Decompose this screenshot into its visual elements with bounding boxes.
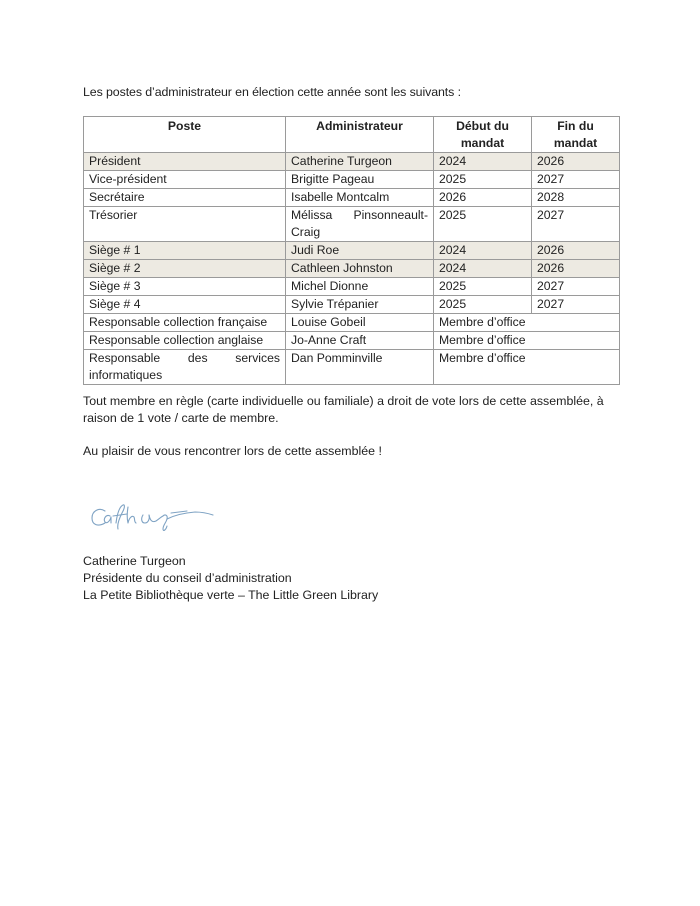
cell-administrateur: Dan Pomminville	[286, 350, 434, 385]
header-debut-line1: Début du	[456, 119, 509, 133]
header-debut-line2: mandat	[461, 136, 504, 150]
table-row: Responsable collection française Louise …	[84, 314, 620, 332]
table-row: Siège # 2 Cathleen Johnston 2024 2026	[84, 260, 620, 278]
cell-fin: 2027	[532, 296, 620, 314]
signatory-title: Présidente du conseil d’administration	[83, 570, 378, 587]
table-row: Secrétaire Isabelle Montcalm 2026 2028	[84, 189, 620, 207]
cell-administrateur: Judi Roe	[286, 242, 434, 260]
cell-poste: Siège # 2	[84, 260, 286, 278]
poste-word: services	[235, 350, 280, 367]
poste-line1: Responsable des services	[89, 350, 280, 367]
table-row: Siège # 4 Sylvie Trépanier 2025 2027	[84, 296, 620, 314]
cell-poste: Responsable collection anglaise	[84, 332, 286, 350]
cell-mandat: Membre d’office	[434, 350, 620, 385]
table-header-row: Poste Administrateur Début du mandat Fin…	[84, 117, 620, 153]
header-fin-line1: Fin du	[557, 119, 594, 133]
cell-debut: 2025	[434, 296, 532, 314]
cell-debut: 2024	[434, 242, 532, 260]
cell-fin: 2026	[532, 242, 620, 260]
header-poste: Poste	[84, 117, 286, 153]
cell-poste: Secrétaire	[84, 189, 286, 207]
header-fin-line2: mandat	[554, 136, 597, 150]
administrateur-lastname-part1: Pinsonneault-	[353, 207, 428, 224]
table-row: Siège # 3 Michel Dionne 2025 2027	[84, 278, 620, 296]
cell-debut: 2025	[434, 207, 532, 242]
header-fin-mandat: Fin du mandat	[532, 117, 620, 153]
organization-name: La Petite Bibliothèque verte – The Littl…	[83, 587, 378, 604]
cell-poste: Président	[84, 153, 286, 171]
header-debut-mandat: Début du mandat	[434, 117, 532, 153]
cell-fin: 2027	[532, 207, 620, 242]
cell-fin: 2028	[532, 189, 620, 207]
cell-fin: 2027	[532, 171, 620, 189]
cell-debut: 2025	[434, 171, 532, 189]
signature-block: Catherine Turgeon Présidente du conseil …	[83, 553, 378, 604]
handwritten-signature-icon	[83, 485, 223, 540]
administrateur-line1: Mélissa Pinsonneault-	[291, 207, 428, 224]
cell-poste: Responsable des services informatiques	[84, 350, 286, 385]
table-row: Président Catherine Turgeon 2024 2026	[84, 153, 620, 171]
table-row: Responsable des services informatiques D…	[84, 350, 620, 385]
table-row: Trésorier Mélissa Pinsonneault- Craig 20…	[84, 207, 620, 242]
cell-poste: Responsable collection française	[84, 314, 286, 332]
administrateur-lastname-part2: Craig	[291, 224, 428, 241]
signatory-name: Catherine Turgeon	[83, 553, 378, 570]
voting-rights-paragraph: Tout membre en règle (carte individuelle…	[83, 393, 623, 427]
cell-debut: 2024	[434, 260, 532, 278]
cell-administrateur: Brigitte Pageau	[286, 171, 434, 189]
table-row: Vice-président Brigitte Pageau 2025 2027	[84, 171, 620, 189]
cell-poste: Vice-président	[84, 171, 286, 189]
cell-administrateur: Catherine Turgeon	[286, 153, 434, 171]
poste-line2: informatiques	[89, 367, 280, 384]
cell-debut: 2025	[434, 278, 532, 296]
cell-administrateur: Michel Dionne	[286, 278, 434, 296]
cell-fin: 2027	[532, 278, 620, 296]
cell-poste: Siège # 4	[84, 296, 286, 314]
cell-administrateur: Mélissa Pinsonneault- Craig	[286, 207, 434, 242]
poste-word: des	[188, 350, 208, 367]
intro-text: Les postes d’administrateur en élection …	[83, 84, 461, 100]
cell-administrateur: Cathleen Johnston	[286, 260, 434, 278]
table-row: Responsable collection anglaise Jo-Anne …	[84, 332, 620, 350]
administrateur-firstname: Mélissa	[291, 207, 332, 224]
cell-mandat: Membre d’office	[434, 314, 620, 332]
header-administrateur: Administrateur	[286, 117, 434, 153]
cell-debut: 2024	[434, 153, 532, 171]
cell-fin: 2026	[532, 260, 620, 278]
cell-poste: Trésorier	[84, 207, 286, 242]
cell-administrateur: Louise Gobeil	[286, 314, 434, 332]
table-row: Siège # 1 Judi Roe 2024 2026	[84, 242, 620, 260]
closing-remark: Au plaisir de vous rencontrer lors de ce…	[83, 443, 623, 460]
poste-word: Responsable	[89, 350, 160, 367]
cell-poste: Siège # 3	[84, 278, 286, 296]
cell-debut: 2026	[434, 189, 532, 207]
cell-administrateur: Jo-Anne Craft	[286, 332, 434, 350]
board-positions-table: Poste Administrateur Début du mandat Fin…	[83, 116, 620, 385]
cell-fin: 2026	[532, 153, 620, 171]
cell-administrateur: Sylvie Trépanier	[286, 296, 434, 314]
cell-mandat: Membre d’office	[434, 332, 620, 350]
cell-administrateur: Isabelle Montcalm	[286, 189, 434, 207]
cell-poste: Siège # 1	[84, 242, 286, 260]
